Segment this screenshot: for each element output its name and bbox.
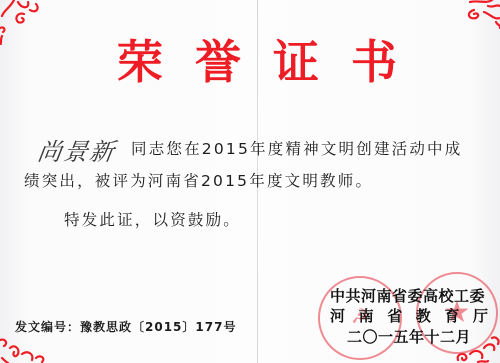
title-char: 荣 [112, 34, 168, 90]
honor-certificate: 荣 誉 证 书 尚景新 同志您在2015年度精神文明创建活动中成 绩突出，被评为… [0, 0, 500, 363]
document-number: 发文编号：豫教思政〔2015〕177号 [15, 318, 236, 335]
title-char: 誉 [190, 34, 246, 90]
certificate-title: 荣 誉 证 书 [112, 34, 402, 90]
issuer-char: 教 [416, 307, 431, 325]
corner-ornament-top-left-icon [0, 0, 60, 45]
title-char: 书 [346, 34, 402, 90]
body-text-line-2: 绩突出，被评为河南省2015年度文明教师。 [24, 171, 373, 191]
issuer-party-committee: 中共河南省委高校工委 [330, 287, 485, 305]
title-char: 证 [268, 34, 324, 90]
issuer-char: 南 [359, 307, 374, 325]
body-text-line-1: 同志您在2015年度精神文明创建活动中成 [131, 139, 462, 159]
issuer-char: 河 [330, 307, 345, 325]
issuer-char: 育 [444, 307, 459, 325]
issuer-education-department: 河 南 省 教 育 厅 [330, 307, 488, 325]
issuer-char: 省 [387, 307, 402, 325]
corner-ornament-top-right-icon [440, 0, 500, 45]
recipient-signature: 尚景新 [36, 132, 119, 167]
issue-date: 二〇一五年十二月 [347, 328, 471, 346]
issuer-char: 厅 [473, 307, 488, 325]
body-text-line-3: 特发此证，以资鼓励。 [64, 210, 241, 230]
